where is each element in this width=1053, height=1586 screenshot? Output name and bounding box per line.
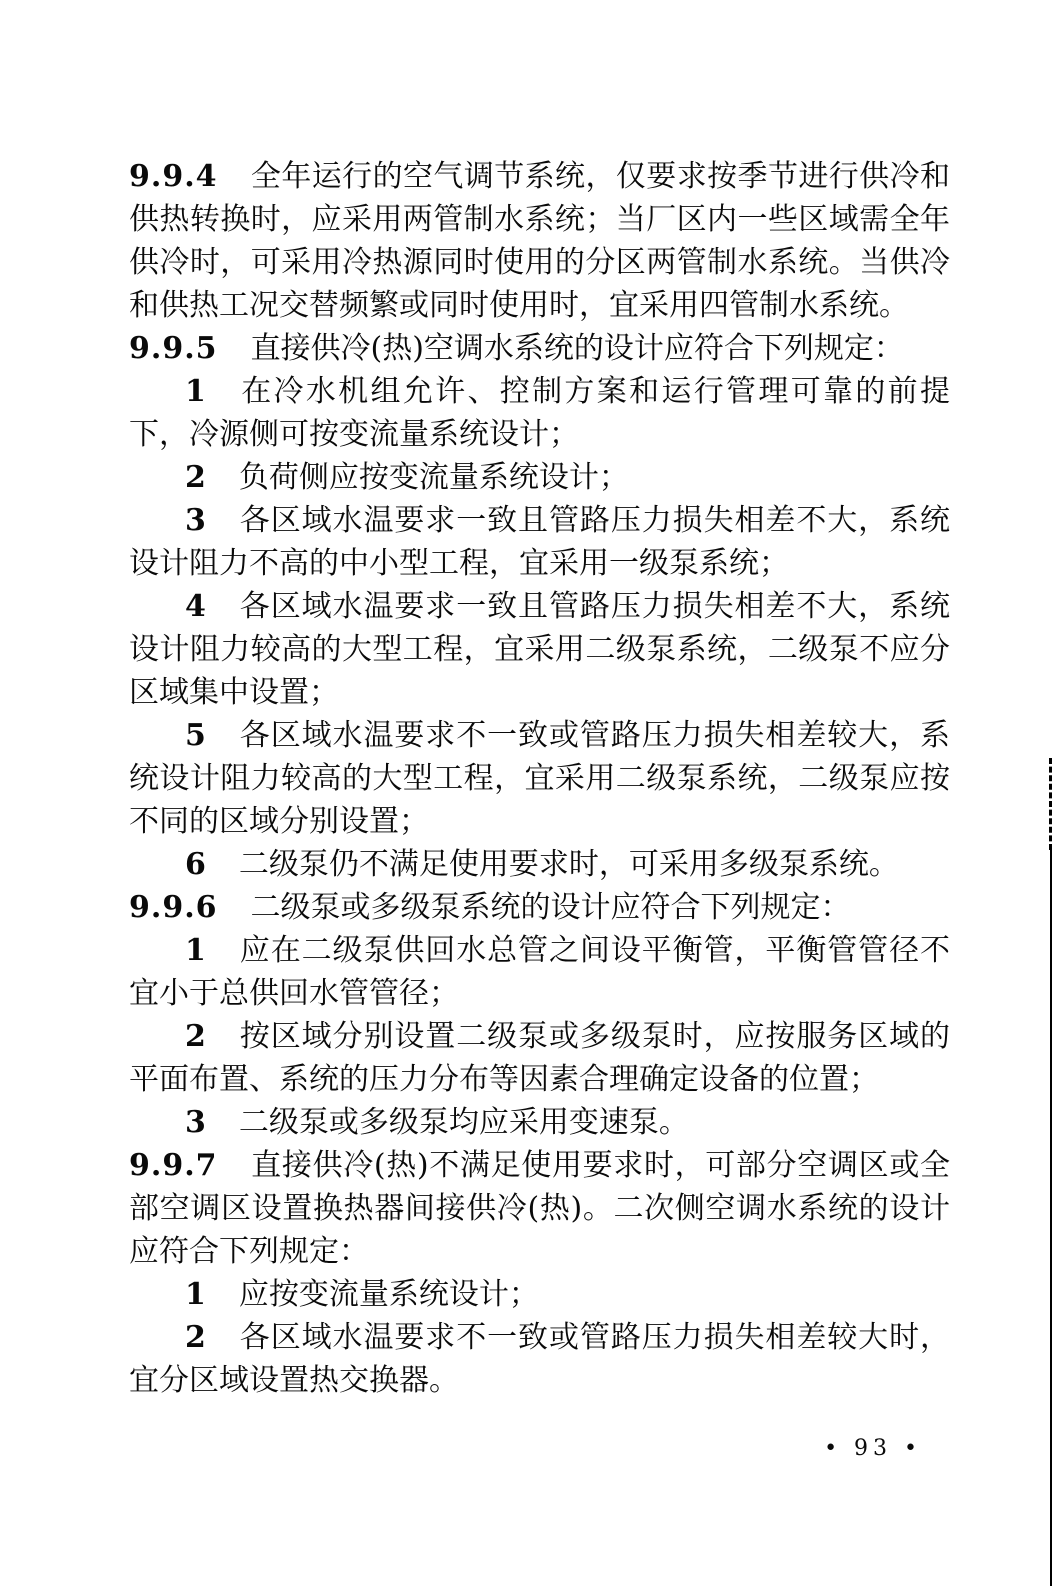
clause-9-9-5-item-3: 3各区域水温要求一致且管路压力损失相差不大，系统设计阻力不高的中小型工程，宜采用… <box>129 499 950 585</box>
clause-text: 二级泵或多级泵系统的设计应符合下列规定： <box>251 890 851 925</box>
clause-number: 9.9.7 <box>129 1148 251 1183</box>
item-number: 2 <box>185 1019 239 1054</box>
item-text: 各区域水温要求不一致或管路压力损失相差较大，系统设计阻力较高的大型工程，宜采用二… <box>129 718 950 839</box>
clause-9-9-6-item-1: 1应在二级泵供回水总管之间设平衡管，平衡管管径不宜小于总供回水管管径； <box>129 929 950 1015</box>
clause-9-9-6-item-2: 2按区域分别设置二级泵或多级泵时，应按服务区域的平面布置、系统的压力分布等因素合… <box>129 1015 950 1101</box>
clause-9-9-7-item-1: 1应按变流量系统设计； <box>129 1273 950 1316</box>
clause-number: 9.9.6 <box>129 890 251 925</box>
clause-9-9-5-item-2: 2负荷侧应按变流量系统设计； <box>129 456 950 499</box>
text-block: 9.9.4全年运行的空气调节系统，仅要求按季节进行供冷和供热转换时，应采用两管制… <box>129 155 950 1402</box>
item-number: 3 <box>185 503 239 538</box>
clause-number: 9.9.4 <box>129 159 251 194</box>
clause-9-9-6-item-3: 3二级泵或多级泵均应采用变速泵。 <box>129 1101 950 1144</box>
clause-9-9-4: 9.9.4全年运行的空气调节系统，仅要求按季节进行供冷和供热转换时，应采用两管制… <box>129 155 950 327</box>
clause-number: 9.9.5 <box>129 331 251 366</box>
item-text: 各区域水温要求一致且管路压力损失相差不大，系统设计阻力不高的中小型工程，宜采用一… <box>129 503 950 581</box>
item-number: 4 <box>185 589 239 624</box>
item-number: 1 <box>185 374 239 409</box>
clause-9-9-6: 9.9.6二级泵或多级泵系统的设计应符合下列规定： <box>129 886 950 929</box>
clause-9-9-5-item-6: 6二级泵仍不满足使用要求时，可采用多级泵系统。 <box>129 843 950 886</box>
clause-text: 全年运行的空气调节系统，仅要求按季节进行供冷和供热转换时，应采用两管制水系统；当… <box>129 159 950 323</box>
item-text: 各区域水温要求不一致或管路压力损失相差较大时，宜分区域设置热交换器。 <box>129 1320 950 1398</box>
clause-9-9-5: 9.9.5直接供冷(热)空调水系统的设计应符合下列规定： <box>129 327 950 370</box>
item-text: 在冷水机组允许、控制方案和运行管理可靠的前提下，冷源侧可按变流量系统设计； <box>129 374 950 452</box>
item-number: 6 <box>185 847 239 882</box>
scan-edge-dashed-line <box>1049 758 1052 850</box>
item-text: 应在二级泵供回水总管之间设平衡管，平衡管管径不宜小于总供回水管管径； <box>129 933 950 1011</box>
clause-text: 直接供冷(热)空调水系统的设计应符合下列规定： <box>251 331 904 366</box>
clause-9-9-5-item-4: 4各区域水温要求一致且管路压力损失相差不大，系统设计阻力较高的大型工程，宜采用二… <box>129 585 950 714</box>
item-number: 1 <box>185 933 239 968</box>
item-number: 5 <box>185 718 239 753</box>
item-number: 3 <box>185 1105 239 1140</box>
item-text: 各区域水温要求一致且管路压力损失相差不大，系统设计阻力较高的大型工程，宜采用二级… <box>129 589 950 710</box>
item-text: 二级泵仍不满足使用要求时，可采用多级泵系统。 <box>239 847 899 882</box>
page-number: • 93 • <box>824 1436 922 1461</box>
item-text: 二级泵或多级泵均应采用变速泵。 <box>239 1105 689 1140</box>
clause-9-9-5-item-5: 5各区域水温要求不一致或管路压力损失相差较大，系统设计阻力较高的大型工程，宜采用… <box>129 714 950 843</box>
item-text: 按区域分别设置二级泵或多级泵时，应按服务区域的平面布置、系统的压力分布等因素合理… <box>129 1019 950 1097</box>
clause-9-9-5-item-1: 1在冷水机组允许、控制方案和运行管理可靠的前提下，冷源侧可按变流量系统设计； <box>129 370 950 456</box>
clause-text: 直接供冷(热)不满足使用要求时，可部分空调区或全部空调区设置换热器间接供冷(热)… <box>129 1148 950 1269</box>
scan-edge-line <box>1050 848 1052 1586</box>
item-number: 2 <box>185 460 239 495</box>
item-text: 负荷侧应按变流量系统设计； <box>239 460 629 495</box>
item-number: 2 <box>185 1320 239 1355</box>
document-page: 9.9.4全年运行的空气调节系统，仅要求按季节进行供冷和供热转换时，应采用两管制… <box>0 0 1053 1586</box>
item-text: 应按变流量系统设计； <box>239 1277 539 1312</box>
clause-9-9-7: 9.9.7直接供冷(热)不满足使用要求时，可部分空调区或全部空调区设置换热器间接… <box>129 1144 950 1273</box>
item-number: 1 <box>185 1277 239 1312</box>
clause-9-9-7-item-2: 2各区域水温要求不一致或管路压力损失相差较大时，宜分区域设置热交换器。 <box>129 1316 950 1402</box>
